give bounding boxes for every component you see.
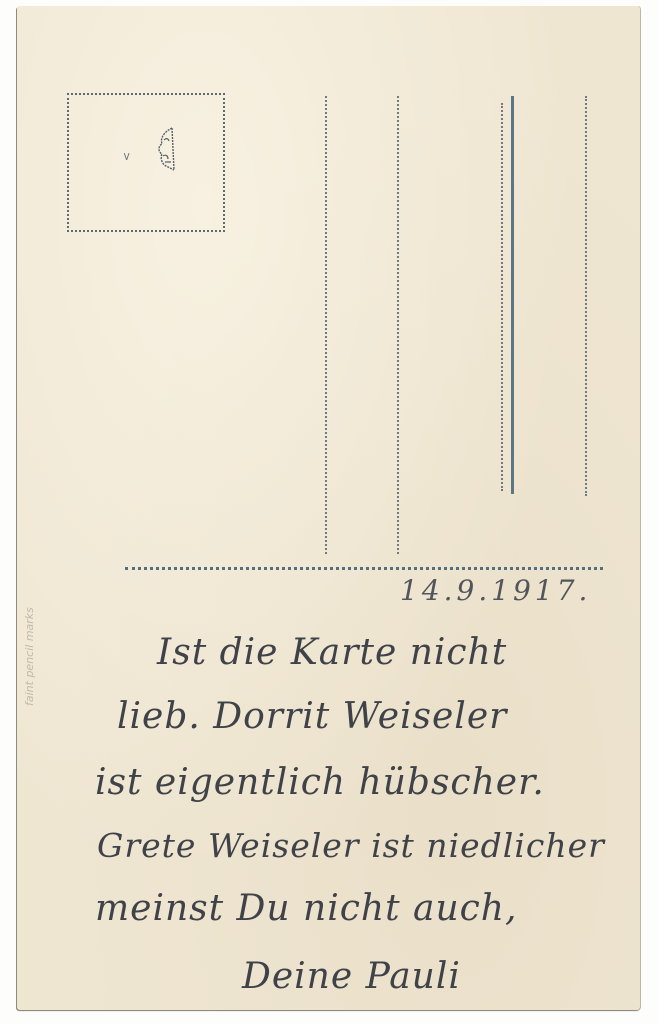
message-line-5: meinst Du nicht auch, [95,888,517,929]
date-handwritten: 14.9.1917. [400,574,591,607]
crown-emblem-icon [152,126,178,172]
address-divider-2 [397,96,399,554]
address-divider-3 [501,103,503,491]
address-divider-1 [325,96,327,554]
message-line-4: Grete Weiseler ist niedlicher [97,826,605,865]
message-line-1: Ist die Karte nicht [157,632,507,673]
signature: Deine Pauli [242,956,461,997]
stamp-small-mark: < [120,152,133,161]
postcard: < 14.9.1917. Ist die Karte nicht lieb. D… [17,6,640,1010]
address-divider-4 [585,96,587,496]
scan-background: < 14.9.1917. Ist die Karte nicht lieb. D… [0,0,658,1024]
stamp-box: < [67,93,225,232]
message-divider [125,567,603,570]
margin-pencil-marks: faint pencil marks [23,607,36,706]
message-line-2: lieb. Dorrit Weiseler [117,696,507,737]
address-rule-solid [511,96,514,494]
message-line-3: ist eigentlich hübscher. [95,762,545,803]
